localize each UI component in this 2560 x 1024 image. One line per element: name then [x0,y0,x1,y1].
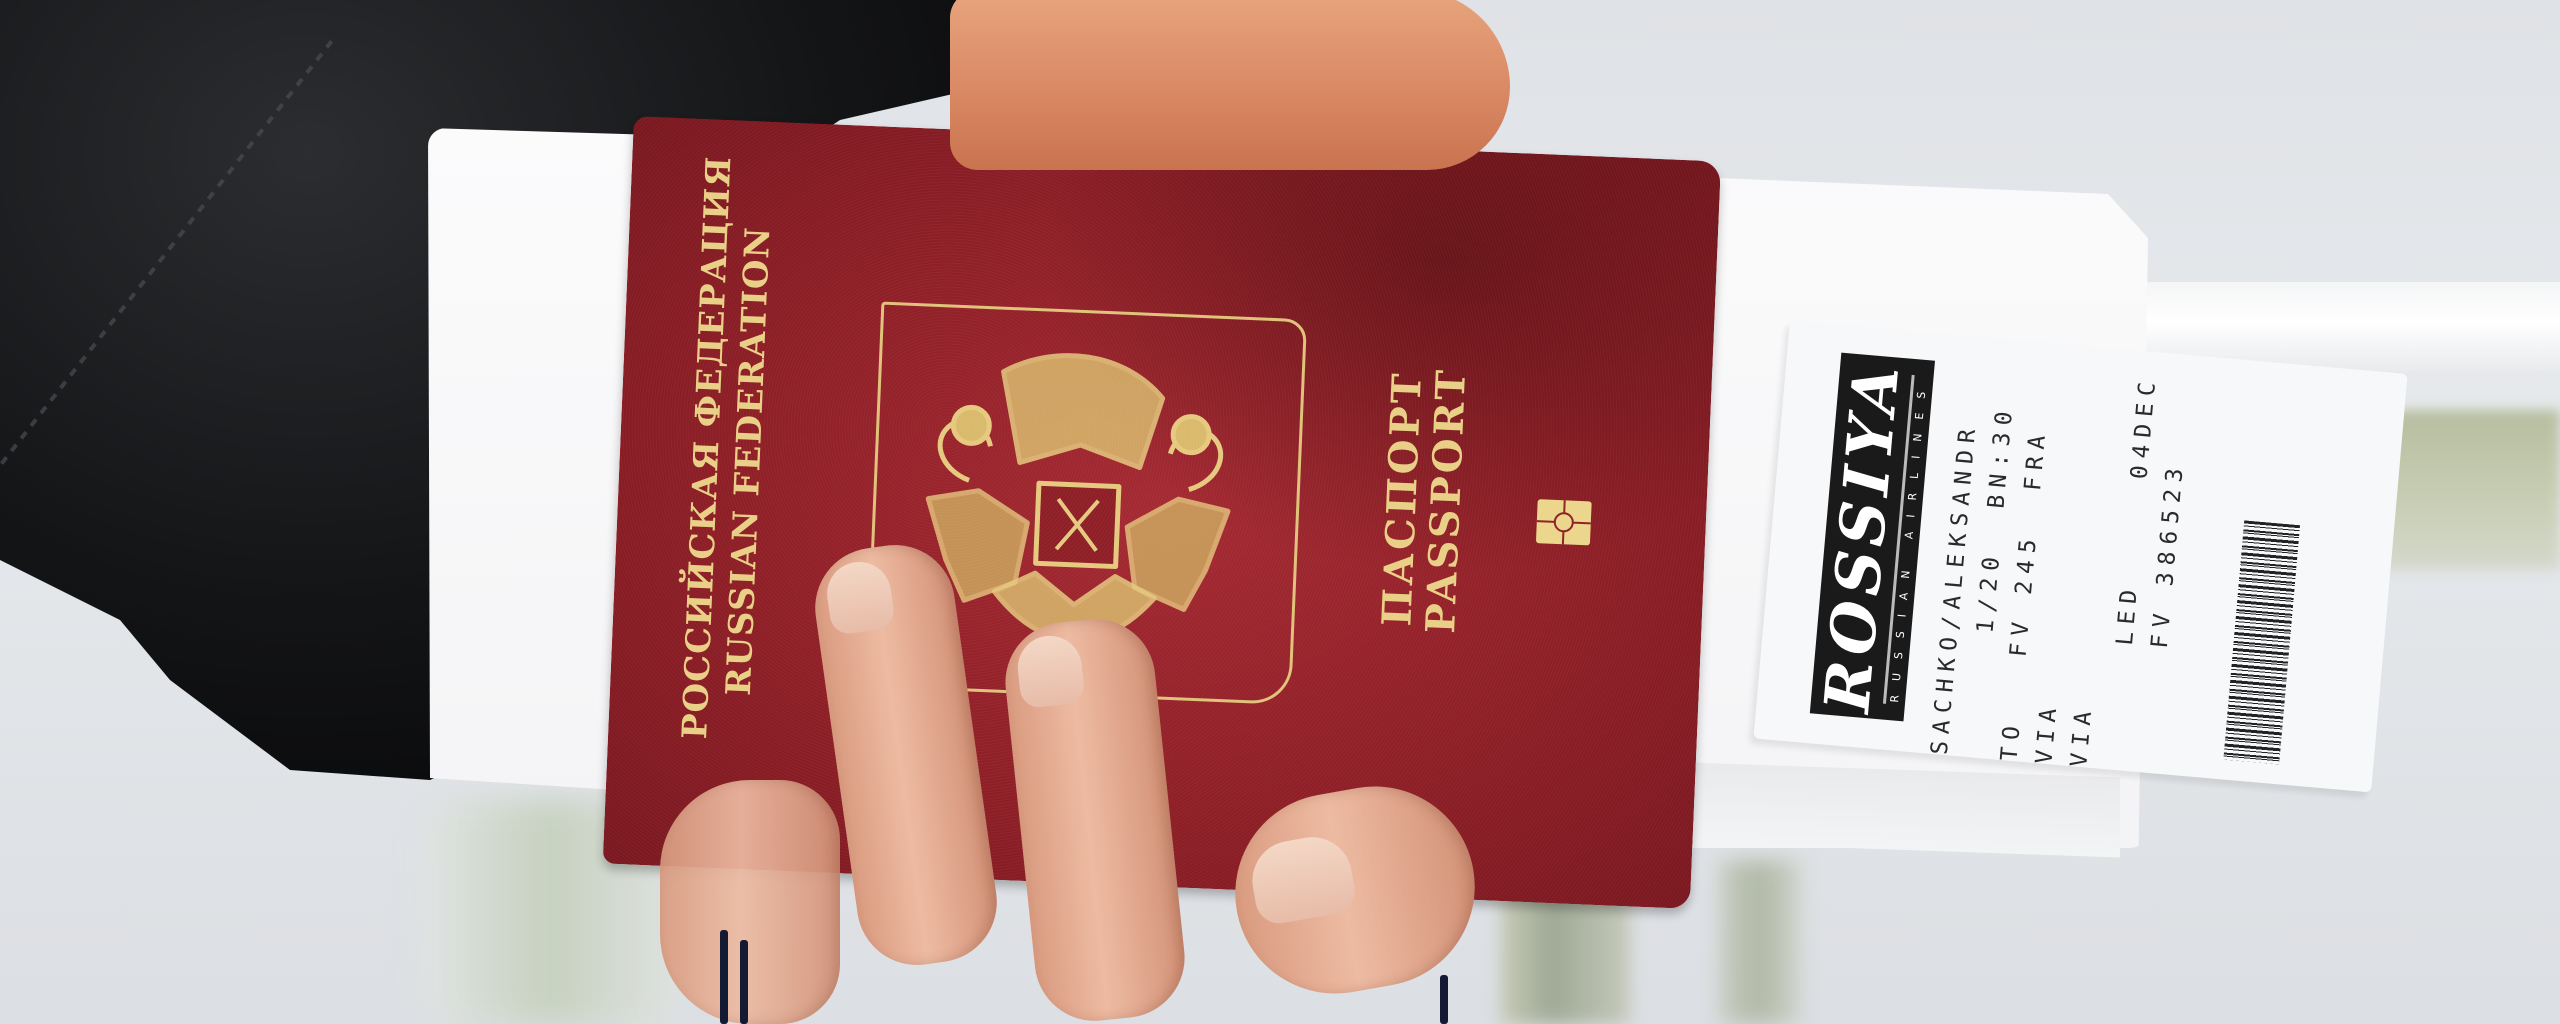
airline-logo: ROSSIYA RUSSIAN AIRLINES [1810,353,1935,722]
fingernail [1015,633,1086,709]
tag-label-to: TO [1996,718,2026,762]
palm [660,780,840,1024]
passport-country-ru: РОССИЙСКАЯ ФЕДЕРАЦИЯ [674,179,739,740]
lanyard-cord [720,930,728,1024]
fingernail [823,558,896,636]
photo-scene: ROSSIYA RUSSIAN AIRLINES SACHKO/ALEKSAND… [0,0,2560,1024]
tag-bag-count: 1/20 [1973,549,2006,634]
passport-title-ru: ПАСПОРТ [1374,328,1432,670]
background-pillar [1720,860,1800,1024]
passport-country-en: RUSSIAN FEDERATION [716,180,781,741]
tag-bag-number: BN:30 [1983,404,2018,510]
thumb [950,0,1510,170]
passport-title-en: PASSPORT [1418,330,1476,672]
tag-destination: FRA [2020,427,2051,492]
lanyard-cord [1440,975,1448,1024]
tag-date: 04DEC [2127,374,2162,480]
fingernail [1246,831,1358,927]
barcode-icon [2223,520,2300,764]
biometric-chip-icon [1535,498,1593,546]
tag-label-via: VIA [2031,700,2062,765]
baggage-tag-sticker: ROSSIYA RUSSIAN AIRLINES SACHKO/ALEKSAND… [1753,320,2407,792]
passport-country: РОССИЙСКАЯ ФЕДЕРАЦИЯ RUSSIAN FEDERATION [674,179,781,742]
background-blur-green [2380,410,2560,570]
lanyard-cord [740,940,748,1024]
tag-flight-2: FV 386523 [2147,460,2189,649]
tag-label-via: VIA [2066,703,2097,768]
tag-passenger-name: SACHKO/ALEKSANDR [1927,421,1982,756]
tag-origin: LED [2112,582,2143,647]
boarding-pass-edge [1690,762,2120,857]
tag-printed-lines: SACHKO/ALEKSANDR 1/20 BN:30 TO FV 245 FR… [1923,359,2202,775]
passport-title: ПАСПОРТ PASSPORT [1374,328,1476,671]
tag-flight-1: FV 245 [2006,531,2043,658]
